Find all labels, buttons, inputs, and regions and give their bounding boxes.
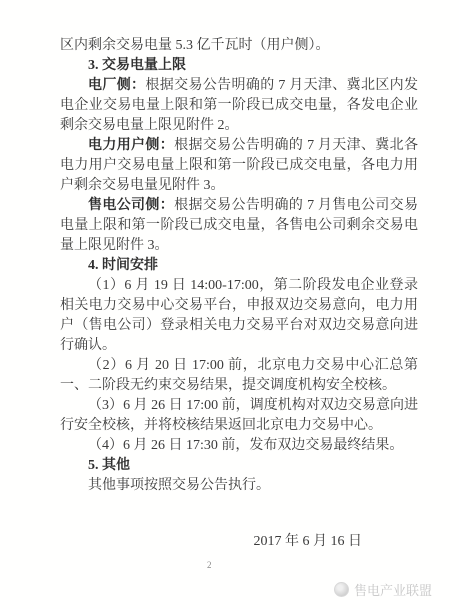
paragraph-retailer-side: 售电公司侧：根据交易公告明确的 7 月售电公司交易电量上限和第一阶段已成交电量，…: [60, 196, 418, 256]
document-date: 2017 年 6 月 16 日: [254, 530, 363, 550]
paragraph-schedule-3: （3）6 月 26 日 17:00 前，调度机构对双边交易意向进行安全校核，并将…: [60, 396, 418, 436]
paragraph-lead-retailer-side: 售电公司侧：: [88, 198, 174, 213]
section-heading-4: 4. 时间安排: [60, 256, 418, 276]
paragraph-lead-user-side: 电力用户侧：: [88, 138, 174, 153]
section-heading-3: 3. 交易电量上限: [60, 56, 418, 76]
paragraph-lead-plant-side: 电厂侧：: [88, 78, 145, 93]
alliance-logo-icon: [334, 582, 349, 597]
section-heading-5: 5. 其他: [60, 456, 418, 476]
paragraph-other: 其他事项按照交易公告执行。: [60, 476, 418, 496]
paragraph-continuation: 区内剩余交易电量 5.3 亿千瓦时（用户侧）。: [60, 36, 418, 56]
paragraph-schedule-2: （2）6 月 20 日 17:00 前，北京电力交易中心汇总第一、二阶段无约束交…: [60, 356, 418, 396]
watermark-label: 售电产业联盟: [354, 580, 432, 599]
paragraph-schedule-4: （4）6 月 26 日 17:30 前，发布双边交易最终结果。: [60, 436, 418, 456]
page-number: 2: [207, 560, 212, 570]
paragraph-plant-side: 电厂侧：根据交易公告明确的 7 月天津、冀北区内发电企业交易电量上限和第一阶段已…: [60, 76, 418, 136]
paragraph-user-side: 电力用户侧：根据交易公告明确的 7 月天津、冀北各电力用户交易电量上限和第一阶段…: [60, 136, 418, 196]
document-body: 区内剩余交易电量 5.3 亿千瓦时（用户侧）。 3. 交易电量上限 电厂侧：根据…: [60, 36, 418, 496]
scanned-document-page: 区内剩余交易电量 5.3 亿千瓦时（用户侧）。 3. 交易电量上限 电厂侧：根据…: [0, 0, 459, 609]
paragraph-schedule-1: （1）6 月 19 日 14:00-17:00，第二阶段发电企业登录相关电力交易…: [60, 276, 418, 356]
watermark: 售电产业联盟: [334, 580, 432, 599]
